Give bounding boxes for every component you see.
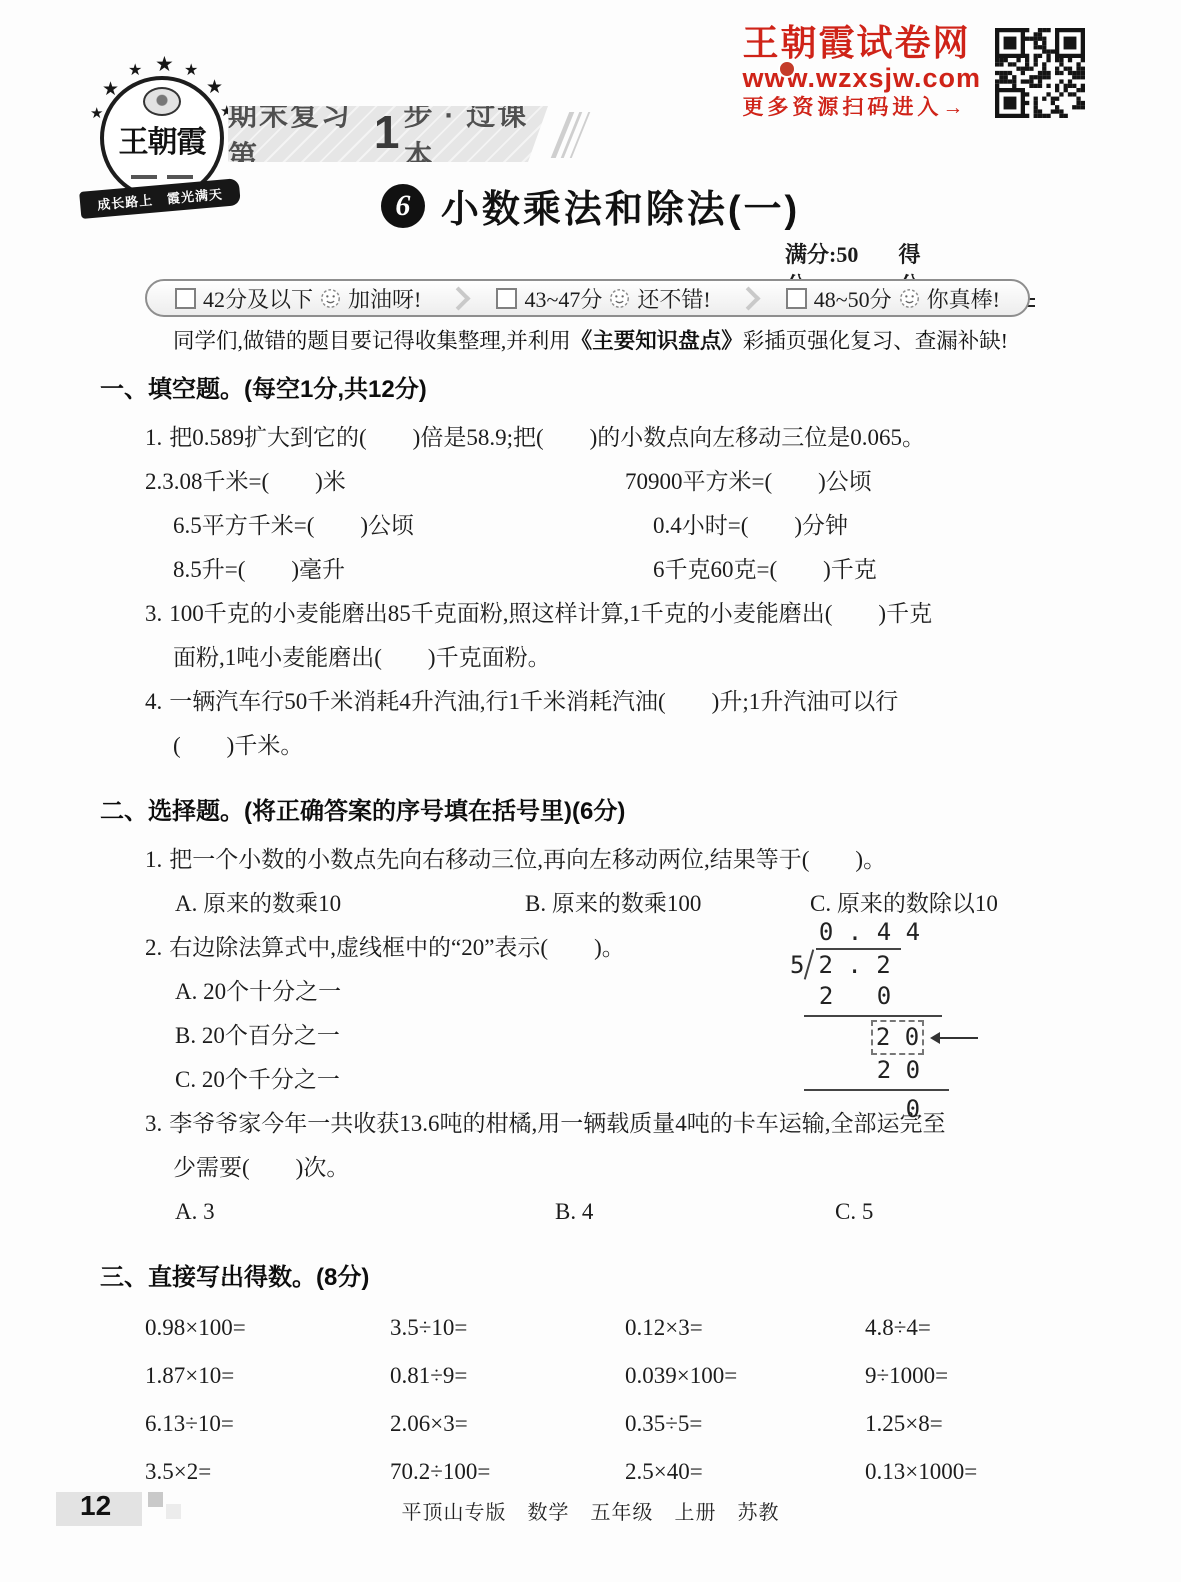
section3-heading: 三、直接写出得数。(8分) bbox=[100, 1260, 1081, 1296]
score-bar: 42分及以下 加油呀! 43~47分 还不错! 48~50分 你真棒! bbox=[145, 279, 1030, 317]
fill-question-1: 1.把0.589扩大到它的( )倍是58.9;把( )的小数点向左移动三位是0.… bbox=[145, 416, 1081, 460]
question-number: 3. bbox=[145, 601, 162, 626]
long-division-figure: 0 . 4 4 5 2 . 2 2 0 2 0 2 0 0 bbox=[790, 917, 978, 1125]
question-text: 6.5平方千米=( )公顷 bbox=[145, 504, 653, 548]
banner-text-post: 步 · 过课本 bbox=[403, 93, 548, 175]
reminder-note: 同学们,做错的题目要记得收集整理,并利用《主要知识盘点》彩插页强化复习、查漏补缺… bbox=[0, 324, 1181, 355]
question-number: 3. bbox=[145, 1111, 162, 1136]
question-text: 8.5升=( )毫升 bbox=[145, 548, 653, 592]
question-text: 3.08千米=( )米 bbox=[162, 469, 346, 494]
star-icon: ★ bbox=[206, 78, 223, 97]
smiley-icon bbox=[899, 288, 920, 309]
section1-heading: 一、填空题。(每空1分,共12分) bbox=[100, 372, 1081, 408]
note-pre: 同学们,做错的题目要记得收集整理,并利用 bbox=[173, 329, 571, 353]
ld-partial-2: 2 0 bbox=[877, 1055, 979, 1086]
level-checkbox[interactable] bbox=[786, 288, 807, 309]
site-name: 王朝霞试卷网 bbox=[742, 24, 981, 62]
score-level: 42分及以下 加油呀! bbox=[175, 283, 421, 314]
arrow-left-icon bbox=[932, 1037, 978, 1039]
qr-code bbox=[995, 28, 1085, 118]
note-post: 彩插页强化复习、查漏补缺! bbox=[743, 329, 1008, 353]
level-checkbox[interactable] bbox=[496, 288, 517, 309]
note-book-title: 《主要知识盘点》 bbox=[571, 329, 743, 353]
choice-question-1: 1.把一个小数的小数点先向右移动三位,再向左移动两位,结果等于( )。 bbox=[145, 838, 1081, 882]
ld-dividend: 2 . 2 bbox=[816, 948, 900, 981]
title-number: 6 bbox=[381, 184, 425, 228]
banner-step-number: 1 bbox=[374, 105, 402, 159]
calc-item: 6.13÷10= bbox=[145, 1400, 390, 1448]
question-text: 把一个小数的小数点先向右移动三位,再向左移动两位,结果等于( )。 bbox=[169, 847, 886, 872]
chevron-divider-icon bbox=[447, 286, 471, 310]
question-number: 1. bbox=[145, 847, 162, 872]
question-text: 右边除法算式中,虚线框中的“20”表示( )。 bbox=[169, 935, 625, 960]
calc-item: 3.5÷10= bbox=[390, 1304, 625, 1352]
option-a: A. 3 bbox=[175, 1190, 555, 1234]
level-range: 43~47分 bbox=[524, 283, 602, 314]
question-text: ( )千米。 bbox=[145, 724, 1081, 768]
paper-body: 一、填空题。(每空1分,共12分) 1.把0.589扩大到它的( )倍是58.9… bbox=[100, 372, 1081, 1496]
title-text: 小数乘法和除法(一) bbox=[441, 178, 800, 233]
star-icon: ★ bbox=[90, 106, 103, 121]
fill-question-2-row3: 8.5升=( )毫升 6千克60克=( )千克 bbox=[145, 548, 1081, 592]
question-text: 100千克的小麦能磨出85千克面粉,照这样计算,1千克的小麦能磨出( )千克 bbox=[169, 601, 932, 626]
paper-title: 6 小数乘法和除法(一) bbox=[0, 178, 1181, 233]
calc-item: 2.5×40= bbox=[625, 1448, 865, 1496]
question-number: 1. bbox=[145, 425, 162, 450]
star-icon: ★ bbox=[184, 62, 198, 78]
question-text: 少需要( )次。 bbox=[145, 1146, 1081, 1190]
ld-remainder: 0 bbox=[906, 1094, 979, 1125]
question-text: 面粉,1吨小麦能磨出( )千克面粉。 bbox=[145, 636, 1081, 680]
calc-item: 70.2÷100= bbox=[390, 1448, 625, 1496]
calc-item: 4.8÷4= bbox=[865, 1304, 1081, 1352]
calc-item: 0.35÷5= bbox=[625, 1400, 865, 1448]
smiley-icon bbox=[320, 288, 341, 309]
fill-question-2-row1: 2.3.08千米=( )米 70900平方米=( )公顷 bbox=[145, 460, 1081, 504]
calc-item: 0.81÷9= bbox=[390, 1352, 625, 1400]
logo-name: 王朝霞 bbox=[104, 117, 220, 161]
level-range: 42分及以下 bbox=[203, 283, 313, 314]
choice-q3-options: A. 3 B. 4 C. 5 bbox=[175, 1190, 1081, 1234]
ld-quotient: 0 . 4 4 bbox=[819, 917, 978, 948]
banner-slash-decor bbox=[556, 112, 596, 158]
calc-item: 1.87×10= bbox=[145, 1352, 390, 1400]
option-c: C. 5 bbox=[835, 1190, 873, 1234]
star-icon: ★ bbox=[155, 54, 174, 75]
fill-question-4: 4.一辆汽车行50千米消耗4升汽油,行1千米消耗汽油( )升;1升汽油可以行 (… bbox=[145, 680, 1081, 768]
ld-bracket-icon bbox=[804, 948, 816, 981]
level-comment: 加油呀! bbox=[348, 283, 421, 314]
calc-item: 2.06×3= bbox=[390, 1400, 625, 1448]
calc-item: 0.039×100= bbox=[625, 1352, 865, 1400]
ld-rule bbox=[804, 1015, 941, 1017]
fill-question-2-row2: 6.5平方千米=( )公顷 0.4小时=( )分钟 bbox=[145, 504, 1081, 548]
level-range: 48~50分 bbox=[814, 283, 892, 314]
question-number: 2. bbox=[145, 935, 162, 960]
level-checkbox[interactable] bbox=[175, 288, 196, 309]
question-text: 70900平方米=( )公顷 bbox=[625, 460, 872, 504]
question-text: 6千克60克=( )千克 bbox=[653, 548, 877, 592]
banner-text-pre: 期末复习第 bbox=[228, 93, 372, 175]
calc-item: 0.12×3= bbox=[625, 1304, 865, 1352]
calc-item: 1.25×8= bbox=[865, 1400, 1081, 1448]
review-step-banner: 期末复习第 1 步 · 过课本 bbox=[228, 106, 548, 162]
level-comment: 你真棒! bbox=[927, 283, 1000, 314]
option-a: A. 原来的数乘10 bbox=[175, 882, 525, 926]
score-level: 43~47分 还不错! bbox=[496, 283, 710, 314]
brand-block: 王朝霞试卷网 www.wzxsjw.com 更多资源扫码进入→ bbox=[742, 24, 1085, 121]
book-info: 平顶山专版 数学 五年级 上册 苏教 bbox=[0, 1496, 1181, 1525]
ld-rule bbox=[804, 1089, 948, 1091]
fill-question-3: 3.100千克的小麦能磨出85千克面粉,照这样计算,1千克的小麦能磨出( )千克… bbox=[145, 592, 1081, 680]
question-number: 4. bbox=[145, 689, 162, 714]
star-icon: ★ bbox=[128, 62, 142, 78]
calc-item: 0.98×100= bbox=[145, 1304, 390, 1352]
calc-item: 3.5×2= bbox=[145, 1448, 390, 1496]
ld-partial-1: 2 0 bbox=[819, 981, 978, 1012]
smiley-icon bbox=[609, 288, 630, 309]
portrait-oval-icon bbox=[143, 87, 181, 116]
level-comment: 还不错! bbox=[637, 283, 710, 314]
scan-hint: 更多资源扫码进入→ bbox=[742, 94, 981, 121]
option-b: B. 原来的数乘100 bbox=[525, 882, 810, 926]
score-level: 48~50分 你真棒! bbox=[786, 283, 1000, 314]
calc-grid: 0.98×100= 3.5÷10= 0.12×3= 4.8÷4= 1.87×10… bbox=[145, 1304, 1081, 1496]
question-text: 把0.589扩大到它的( )倍是58.9;把( )的小数点向左移动三位是0.06… bbox=[169, 425, 925, 450]
question-text: 0.4小时=( )分钟 bbox=[653, 504, 848, 548]
question-number: 2. bbox=[145, 469, 162, 494]
question-text: 一辆汽车行50千米消耗4升汽油,行1千米消耗汽油( )升;1升汽油可以行 bbox=[169, 689, 898, 714]
calc-item: 9÷1000= bbox=[865, 1352, 1081, 1400]
option-b: B. 4 bbox=[555, 1190, 835, 1234]
section2-heading: 二、选择题。(将正确答案的序号填在括号里)(6分) bbox=[100, 794, 1081, 830]
ld-divisor: 5 bbox=[790, 950, 804, 981]
calc-item: 0.13×1000= bbox=[865, 1448, 1081, 1496]
ld-dashed-box: 2 0 bbox=[871, 1020, 924, 1055]
chevron-divider-icon bbox=[736, 286, 760, 310]
worksheet-page: ★ ★ ★ ★ ★ ★ ★ 王朝霞 成长路上 霞光满天 期末复习第 1 步 · … bbox=[0, 0, 1181, 1582]
page-footer: 12 平顶山专版 数学 五年级 上册 苏教 bbox=[0, 1490, 1181, 1534]
